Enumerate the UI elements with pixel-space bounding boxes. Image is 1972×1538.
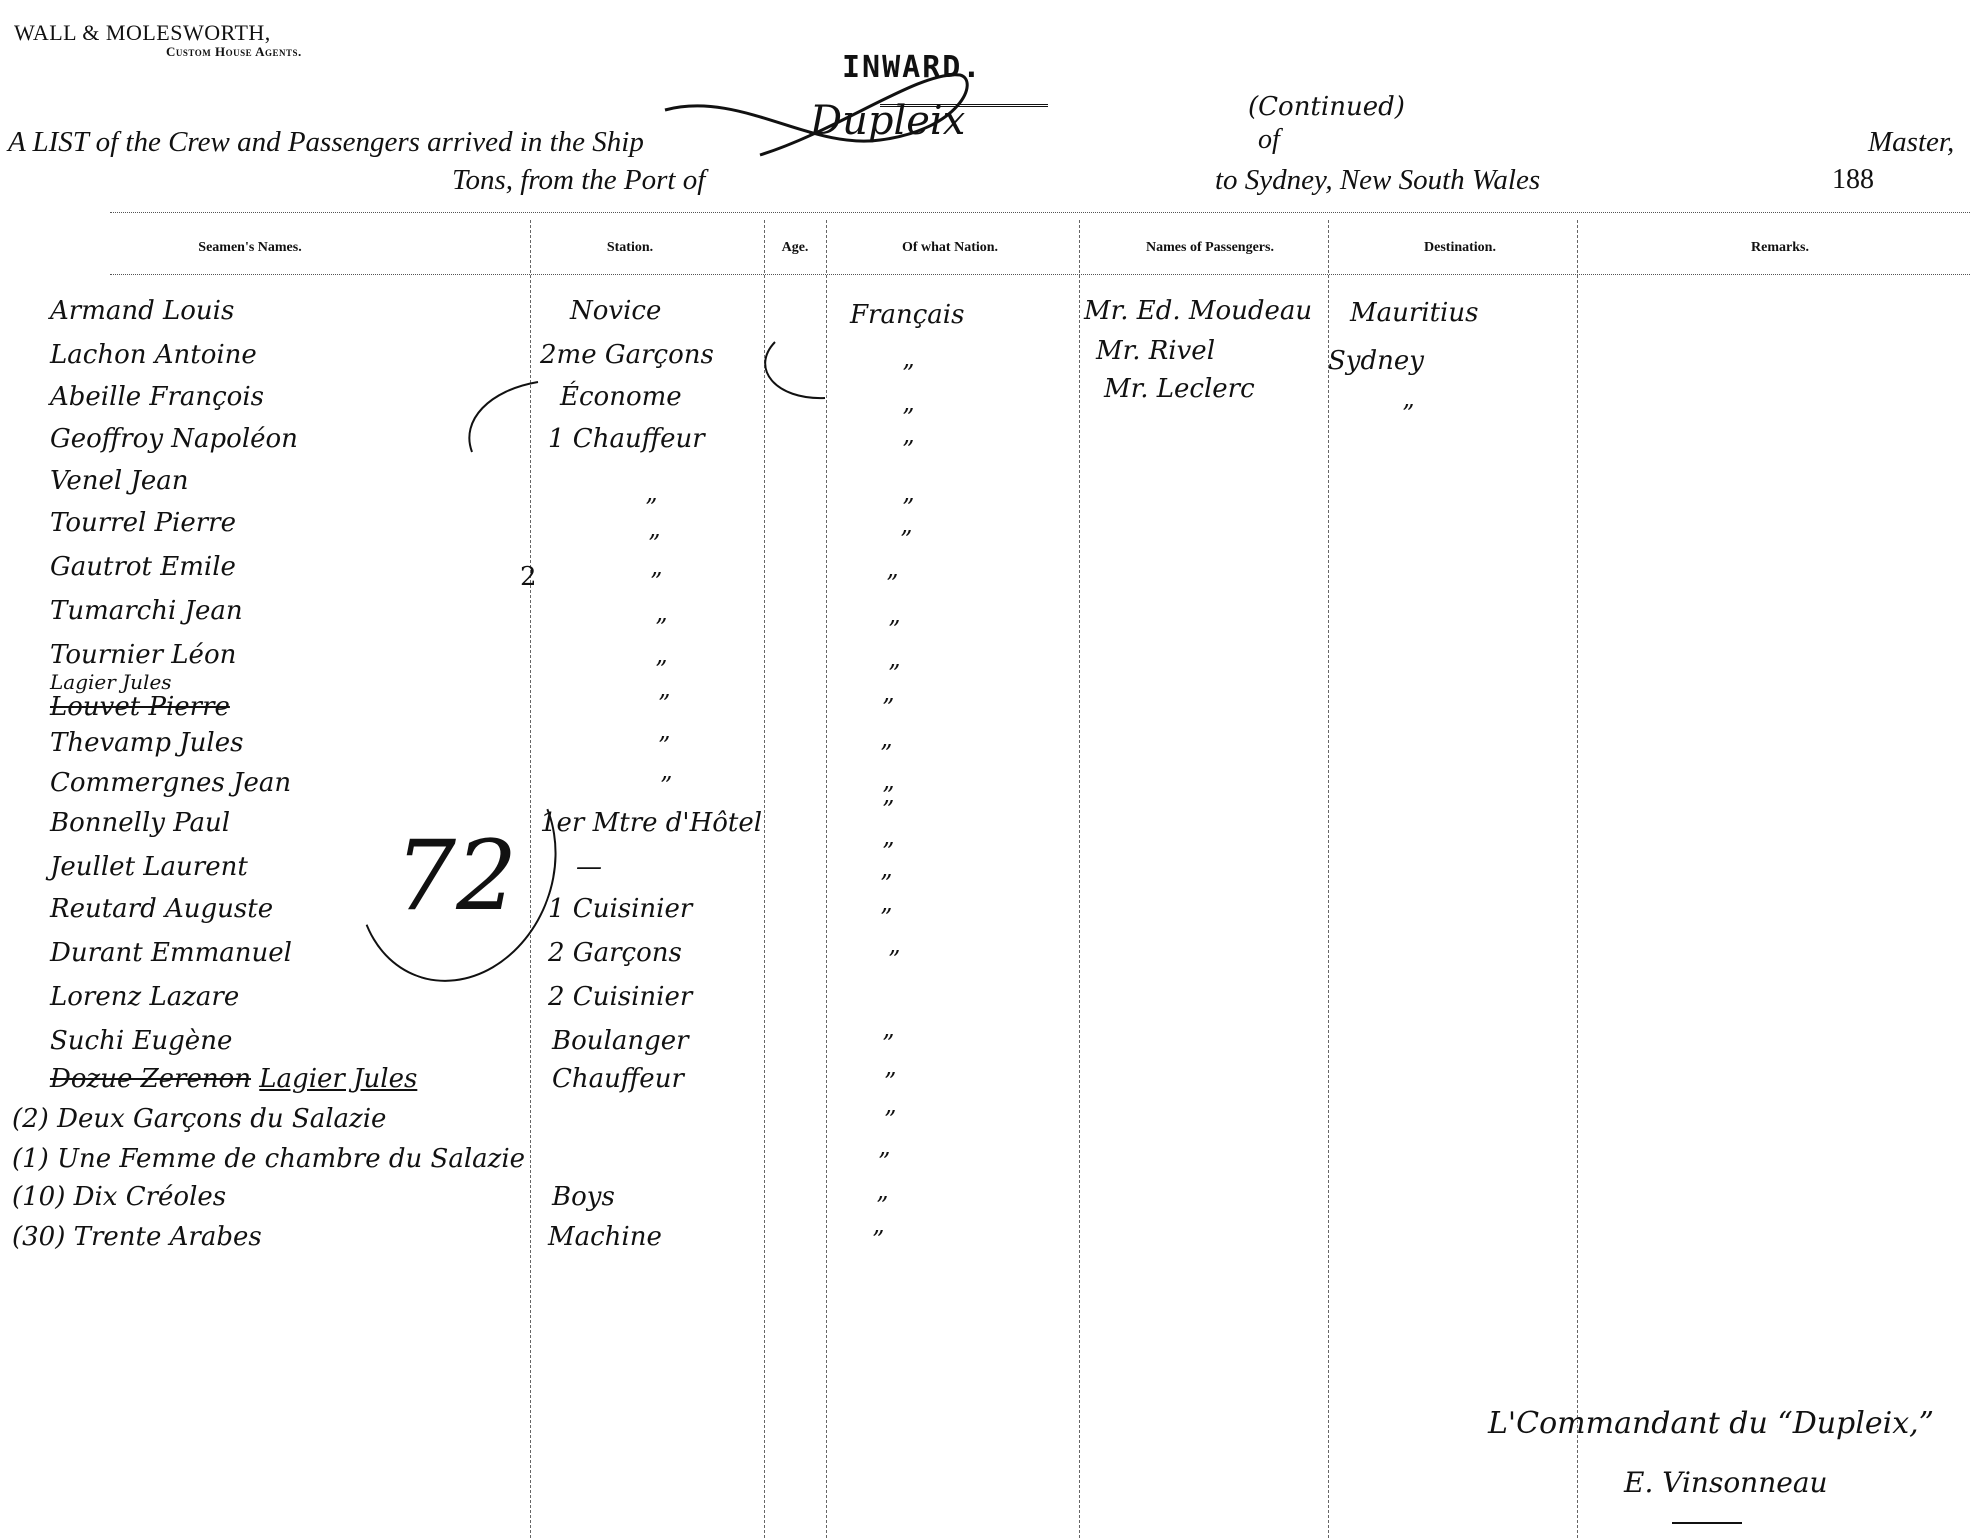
ditto-mark: ” [884,1068,896,1096]
master-label: Master, [1868,126,1954,159]
station-value: Boys [552,1182,615,1212]
passenger-name: Mr. Ed. Moudeau [1084,296,1312,326]
ditto-mark: ” [872,1226,884,1254]
ditto-mark: ” [880,904,892,932]
seaman-name: (10) Dix Créoles [12,1182,226,1212]
ditto-mark: ” [884,1106,896,1134]
ditto-mark: ” [645,494,657,522]
station-value: Novice [570,296,661,326]
bracket-mark [460,380,540,460]
nation-value: Français [850,300,964,330]
ditto-mark: ” [882,838,894,866]
seaman-name: Tournier Léon [50,640,236,670]
agent-subtitle: Custom House Agents. [166,44,302,60]
ditto-mark: ” [902,360,914,388]
seaman-name: Thevamp Jules [50,728,243,758]
struck-name: Louvet Pierre [50,692,230,722]
age-value: 2 [520,562,537,592]
seaman-name: Gautrot Emile [50,552,236,582]
ditto-mark: ” [888,660,900,688]
seaman-name: Lorenz Lazare [50,982,239,1012]
column-header-nation: Of what Nation. [860,240,1040,256]
station-value: Boulanger [552,1026,689,1056]
seaman-name: (1) Une Femme de chambre du Salazie [12,1144,525,1174]
destination-line: to Sydney, New South Wales [1215,164,1540,197]
ditto-mark: ” [655,656,667,684]
signature-underline [1672,1522,1742,1524]
seaman-name: Abeille François [50,382,264,412]
ditto-mark: ” [900,526,912,554]
year-prefix: 188 [1832,164,1874,196]
column-divider [1328,220,1329,1538]
column-header-destination: Destination. [1360,240,1560,256]
seaman-name: Lagier Jules [50,670,172,694]
tons-port-line: Tons, from the Port of [452,164,705,197]
seaman-name: Jeullet Laurent [50,852,248,882]
station-value: — [576,852,602,882]
ditto-mark: ” [882,1030,894,1058]
ditto-mark: ” [888,946,900,974]
station-value: 2me Garçons [540,340,714,370]
ditto-mark: ” [658,732,670,760]
ditto-mark: ” [660,772,672,800]
column-header-passengers: Names of Passengers. [1110,240,1310,256]
ditto-mark: ” [888,616,900,644]
station-value: 1 Cuisinier [548,894,692,924]
ditto-mark: ” [886,570,898,598]
ditto-mark: ” [880,870,892,898]
column-header-station: Station. [560,240,700,256]
seaman-name: Suchi Eugène [50,1026,232,1056]
station-value: Chauffeur [552,1064,684,1094]
ditto-mark: ” [655,614,667,642]
station-value: 2 Cuisinier [548,982,692,1012]
seaman-name: Commergnes Jean [50,768,291,798]
passenger-name: Mr. Leclerc [1104,374,1255,404]
seaman-name: Armand Louis [50,296,234,326]
station-value: 2 Garçons [548,938,682,968]
ditto-mark: ” [1402,400,1414,428]
seaman-name: Venel Jean [50,466,189,496]
seaman-name: Lagier Jules [259,1064,417,1094]
seaman-name: Bonnelly Paul [50,808,230,838]
agent-name: WALL & MOLESWORTH, [14,20,271,46]
ditto-mark: ” [902,494,914,522]
ditto-mark: ” [882,694,894,722]
seaman-name: Geoffroy Napoléon [50,424,298,454]
seaman-name: (2) Deux Garçons du Salazie [12,1104,386,1134]
column-header-seamen: Seamen's Names. [100,240,400,256]
bracket-mark [755,338,835,408]
ditto-mark: ” [880,740,892,768]
station-value: Machine [548,1222,662,1252]
list-heading: A LIST of the Crew and Passengers arrive… [8,126,644,159]
ship-name: Dupleix [810,98,965,144]
continued-note: (Continued) [1248,92,1405,122]
header-top-rule [110,212,1970,213]
column-divider [1079,220,1080,1538]
of-label: of [1258,124,1280,156]
ditto-mark: ” [902,436,914,464]
column-header-remarks: Remarks. [1680,240,1880,256]
seaman-name: Durant Emmanuel [50,938,292,968]
header-bottom-rule [110,274,1970,275]
struck-name: Dozue Zerenon [50,1064,251,1094]
station-value: Économe [560,382,682,412]
column-divider [1577,220,1578,1538]
column-header-age: Age. [764,240,826,256]
ditto-mark: ” [882,796,894,824]
seaman-name: Reutard Auguste [50,894,273,924]
ditto-mark: ” [648,530,660,558]
passenger-destination: Sydney [1328,346,1424,376]
margin-annotation: 72 [395,820,517,932]
seaman-name: Tumarchi Jean [50,596,243,626]
signature-name: E. Vinsonneau [1624,1466,1828,1499]
ditto-mark: ” [878,1148,890,1176]
passenger-name: Mr. Rivel [1096,336,1215,366]
column-divider [764,220,765,1538]
column-divider [826,220,827,1538]
seaman-name: Tourrel Pierre [50,508,236,538]
ditto-mark: ” [902,404,914,432]
signature-title: L'Commandant du “Dupleix,” [1488,1406,1934,1441]
station-value: 1er Mtre d'Hôtel [540,808,762,838]
seaman-name: Lachon Antoine [50,340,257,370]
seaman-name: (30) Trente Arabes [12,1222,262,1252]
ditto-mark: ” [876,1192,888,1220]
station-value: 1 Chauffeur [548,424,705,454]
ditto-mark: ” [658,690,670,718]
passenger-destination: Mauritius [1350,298,1478,328]
ditto-mark: ” [650,568,662,596]
